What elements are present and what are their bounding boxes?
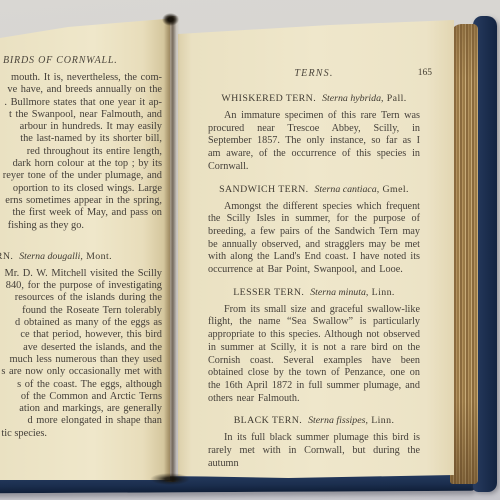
page-number: 165 (418, 67, 432, 79)
text-line: found the Roseate Tern tolerably (0, 305, 162, 317)
page-fore-edge (450, 24, 478, 484)
text-line: ation and markings, are generally (0, 403, 162, 415)
right-page: TERNS. 165 WHISKERED TERN.Sterna hybrida… (178, 20, 454, 478)
text-line: 840, for the purpose of investigating (0, 280, 162, 292)
species-heading-black-tern: BLACK TERN.Sterna fissipes, Linn. (208, 415, 420, 427)
left-running-header: BIRDS OF CORNWALL. (3, 55, 118, 66)
text-line: much less numerous than they used (0, 354, 162, 366)
text-line: erns sometimes appear in the spring, (0, 195, 162, 207)
species-authority: , Pall. (381, 93, 407, 104)
right-page-text: TERNS. 165 WHISKERED TERN.Sterna hybrida… (178, 20, 454, 478)
species-heading-lesser-tern: LESSER TERN.Sterna minuta, Linn. (208, 287, 420, 299)
text-line: ce that period, however, this bird (0, 329, 162, 341)
species-heading-label: BLACK TERN. (234, 415, 302, 426)
text-line: . Bullmore states that one year it ap- (0, 97, 162, 109)
text-line: resources of the islands during the (0, 292, 162, 304)
text-line: arbour in hundreds. It may easily (0, 121, 162, 133)
photo-background: BIRDS OF CORNWALL. mouth. It is, neverth… (0, 0, 500, 500)
paragraph-sandwich-tern: Amongst the different species which freq… (208, 201, 420, 277)
species-latin-name: Sterna minuta (310, 287, 366, 298)
left-page: BIRDS OF CORNWALL. mouth. It is, neverth… (0, 18, 170, 480)
species-authority: , Mont. (80, 251, 112, 262)
text-line: ve have, and breeds annually on the (0, 84, 162, 96)
species-authority: , Linn. (365, 415, 394, 426)
species-latin-name: Sterna cantiaca (314, 184, 376, 195)
text-line: fishing as they go. (0, 220, 84, 232)
gutter-shadow-bottom (150, 473, 190, 485)
species-heading-whiskered-tern: WHISKERED TERN.Sterna hybrida, Pall. (208, 93, 420, 105)
text-line: d more elongated in shape than (0, 415, 162, 427)
page-header-row: TERNS. 165 (208, 66, 420, 80)
text-line: of the Common and Arctic Terns (0, 391, 162, 403)
text-line: red throughout its entire length, (0, 146, 162, 158)
text-line: dark horn colour at the top ; by its (0, 158, 162, 170)
species-authority: , Linn. (366, 287, 395, 298)
species-heading-label: SANDWICH TERN. (219, 184, 308, 195)
text-line: tic species. (0, 428, 47, 440)
species-heading-label: E TERN. (0, 251, 13, 262)
right-running-header: TERNS. (294, 68, 333, 79)
species-latin-name: Sterna hybrida (322, 93, 381, 104)
species-authority: , Gmel. (377, 184, 409, 195)
gutter-shadow-top (162, 13, 179, 26)
text-line: s are now only occasionally met with (0, 366, 162, 378)
species-latin-name: Sterna dougalli (19, 251, 80, 262)
left-paragraph-2: Mr. D. W. Mitchell visited the Scilly840… (0, 268, 162, 428)
left-page-text: mouth. It is, nevertheless, the com-ve h… (0, 72, 162, 440)
text-line: the last-named by its shorter bill, (0, 133, 162, 145)
species-latin-name: Sterna fissipes (308, 415, 365, 426)
text-line: oportion to its closed wings. Large (0, 183, 162, 195)
species-heading-label: WHISKERED TERN. (221, 93, 316, 104)
text-line: reyer tone of the under plumage, and (0, 170, 162, 182)
species-heading-label: LESSER TERN. (233, 287, 304, 298)
text-line: ave deserted the islands, and the (0, 342, 162, 354)
paragraph-black-tern: In its full black summer plumage this bi… (208, 432, 420, 470)
species-heading-roseate-tern: E TERN.Sterna dougalli, Mont. (0, 251, 112, 262)
text-line: the first week of May, and pass on (0, 207, 162, 219)
left-paragraph-1: mouth. It is, nevertheless, the com-ve h… (0, 72, 162, 220)
text-line: d obtained as many of the eggs as (0, 317, 162, 329)
species-heading-sandwich-tern: SANDWICH TERN.Sterna cantiaca, Gmel. (208, 184, 420, 196)
text-line: t the Swanpool, near Falmouth, and (0, 109, 162, 121)
book-gutter (164, 16, 180, 482)
paragraph-lesser-tern: From its small size and graceful swallow… (208, 304, 420, 406)
text-line: Mr. D. W. Mitchell visited the Scilly (0, 268, 162, 280)
text-line: mouth. It is, nevertheless, the com- (0, 72, 162, 84)
text-line: s of the coast. The eggs, although (0, 379, 162, 391)
paragraph-whiskered-tern: An immature specimen of this rare Tern w… (208, 110, 420, 174)
